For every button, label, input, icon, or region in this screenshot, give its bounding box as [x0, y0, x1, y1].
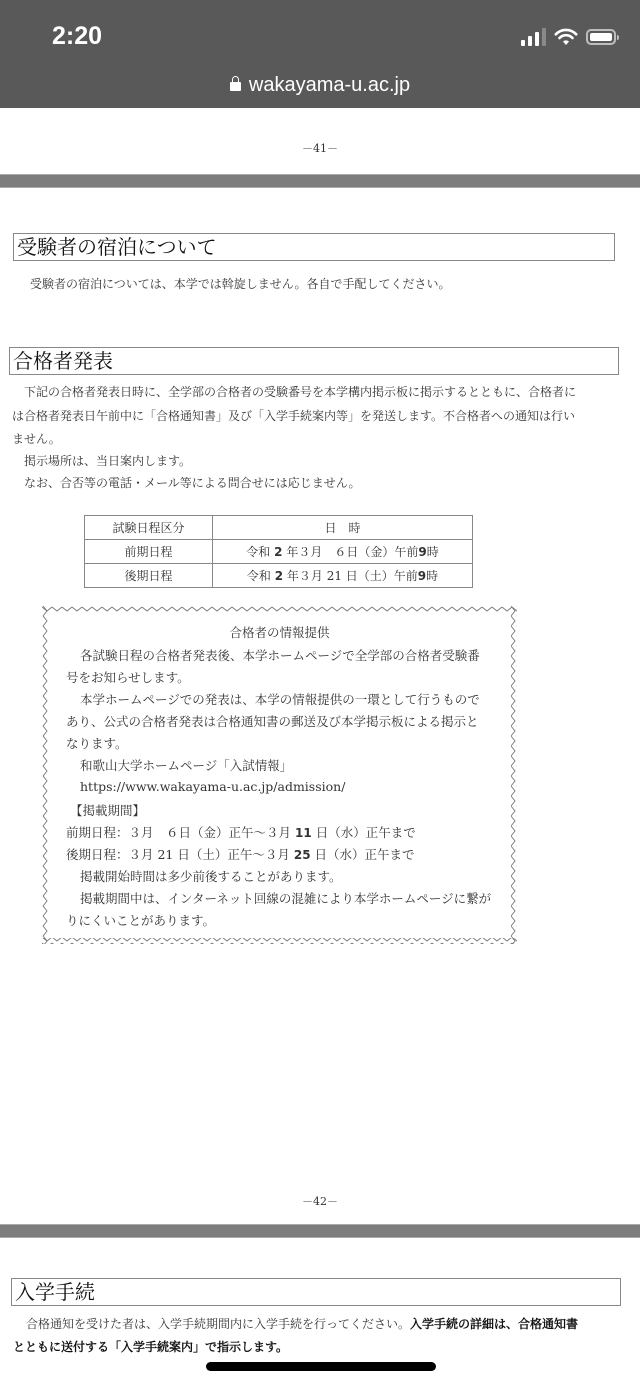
- info-box-web-announcement: 合格者の情報提供 各試験日程の合格者発表後、本学ホームページで全学部の合格者受験…: [42, 606, 517, 944]
- info-text: 掲載期間中は、インターネット回線の混雑により本学ホームページに繋が: [80, 889, 491, 907]
- lock-icon: [230, 82, 241, 91]
- browser-status-bar: 2:20 wakayama-u.ac.jp: [0, 0, 640, 108]
- results-paragraph: 掲示場所は、当日案内します。: [24, 450, 191, 472]
- section-title-lodging: 受験者の宿泊について: [13, 233, 615, 261]
- info-text: 号をお知らせします。: [66, 668, 190, 686]
- url-text: wakayama-u.ac.jp: [249, 74, 410, 96]
- schedule-table: 試験日程区分 日 時 前期日程 令和 2 年３月 ６日（金）午前9時 後期日程 …: [84, 515, 473, 588]
- table-cell-datetime: 令和 2 年３月 ６日（金）午前9時: [213, 540, 473, 564]
- info-text: 本学ホームページでの発表は、本学の情報提供の一環として行うもので: [80, 690, 480, 708]
- results-paragraph: 下記の合格者発表日時に、全学部の合格者の受験番号を本学構内掲示板に掲示するととも…: [24, 381, 576, 403]
- posting-period-first: 前期日程：３月 ６日（金）正午～３月 11 日（水）正午まで: [66, 823, 416, 841]
- enrollment-text-bold: とともに送付する「入学手続案内」で指示します。: [13, 1336, 288, 1358]
- page-number: －41－: [0, 140, 640, 156]
- posting-period-heading: 【掲載期間】: [70, 801, 145, 819]
- battery-icon: [586, 29, 616, 45]
- table-header-row: 試験日程区分 日 時: [85, 516, 473, 540]
- system-icons: [521, 28, 616, 46]
- table-row: 前期日程 令和 2 年３月 ６日（金）午前9時: [85, 540, 473, 564]
- signal-icon: [521, 28, 546, 46]
- results-paragraph: は合格者発表日午前中に「合格通知書」及び「入学手続案内等」を発送します。不合格者…: [12, 405, 575, 427]
- info-text: 和歌山大学ホームページ「入試情報」: [80, 756, 292, 774]
- clock: 2:20: [52, 22, 102, 51]
- section-title-enrollment: 入学手続: [11, 1278, 621, 1306]
- wifi-icon: [554, 28, 578, 46]
- info-text: あり、公式の合格者発表は合格通知書の郵送及び本学掲示板による掲示と: [66, 712, 479, 730]
- table-header: 試験日程区分: [85, 516, 213, 540]
- home-indicator[interactable]: [206, 1362, 436, 1371]
- results-paragraph: ません。: [12, 428, 61, 450]
- info-text: 各試験日程の合格者発表後、本学ホームページで全学部の合格者受験番: [80, 646, 480, 664]
- enrollment-text: 合格通知を受けた者は、入学手続期間内に入学手続を行ってください。入学手続の詳細は…: [26, 1313, 578, 1335]
- info-box-title: 合格者の情報提供: [42, 623, 517, 641]
- page-separator: [0, 174, 640, 188]
- table-header: 日 時: [213, 516, 473, 540]
- info-text: なります。: [66, 734, 128, 752]
- info-text: りにくいことがあります。: [66, 911, 215, 929]
- posting-period-second: 後期日程：３月 21 日（土）正午～３月 25 日（水）正午まで: [66, 845, 415, 863]
- address-bar[interactable]: wakayama-u.ac.jp: [0, 74, 640, 97]
- lodging-text: 受験者の宿泊については、本学では斡旋しません。各自で手配してください。: [30, 273, 450, 295]
- section-title-results: 合格者発表: [9, 347, 619, 375]
- table-cell-category: 前期日程: [85, 540, 213, 564]
- results-paragraph: なお、合否等の電話・メール等による問合せには応じません。: [24, 472, 360, 494]
- info-text: 掲載開始時間は多少前後することがあります。: [80, 867, 342, 885]
- table-cell-datetime: 令和 2 年３月 21 日（土）午前9時: [213, 564, 473, 588]
- table-cell-category: 後期日程: [85, 564, 213, 588]
- table-row: 後期日程 令和 2 年３月 21 日（土）午前9時: [85, 564, 473, 588]
- page-separator: [0, 1224, 640, 1238]
- page-number: －42－: [0, 1193, 640, 1209]
- admission-url[interactable]: https://www.wakayama-u.ac.jp/admission/: [80, 779, 345, 794]
